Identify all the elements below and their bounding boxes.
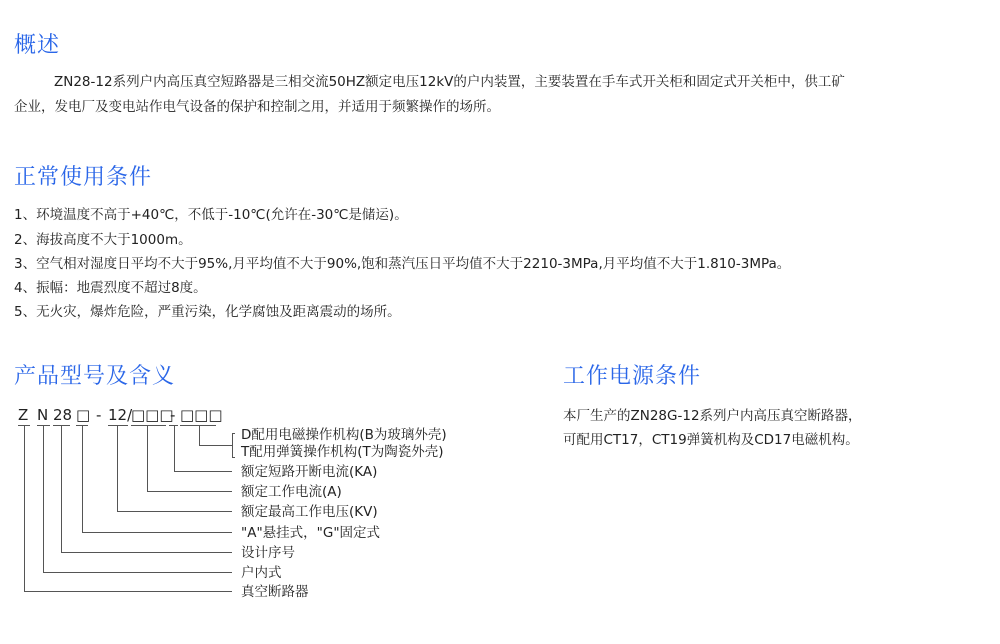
list-item: 4、振幅：地震烈度不超过8度。 [14,278,207,298]
list-item: 1、环境温度不高于+40℃，不低于-10℃(允许在-30℃是储运)。 [14,205,408,225]
label-indoor: 户内式 [241,564,282,582]
overview-paragraph-line1: ZN28-12系列户内高压真空短路器是三相交流50HZ额定电压12kV的户内装置… [54,70,845,94]
model-code-diagram: Z N 28 □ - 12/ □□□ - □□□ D配用电磁操作机构(B为玻璃外… [0,395,520,615]
label-mount-type: "A"悬挂式，"G"固定式 [241,524,380,542]
power-line2: 可配用CT17，CT19弹簧机构及CD17电磁机构。 [563,428,859,452]
list-item: 3、空气相对湿度日平均不大于95%,月平均值不大于90%,饱和蒸汽压日平均值不大… [14,254,790,274]
label-rated-voltage: 额定最高工作电压(KV) [241,503,378,521]
label-rated-current: 额定工作电流(A) [241,483,342,501]
label-design-number: 设计序号 [241,544,295,562]
power-line1: 本厂生产的ZN28G-12系列户内高压真空断路器， [563,404,862,428]
model-title: 产品型号及含义 [14,364,175,390]
overview-paragraph-line2: 企业，发电厂及变电站作电气设备的保护和控制之用，并适用于频繁操作的场所。 [14,95,500,119]
label-mechanism-t: T配用弹簧操作机构(T为陶瓷外壳) [241,443,444,461]
overview-title: 概述 [14,33,60,59]
conditions-title: 正常使用条件 [14,165,152,191]
label-vacuum-breaker: 真空断路器 [241,583,309,601]
label-mechanism-d: D配用电磁操作机构(B为玻璃外壳) [241,426,447,444]
power-title: 工作电源条件 [563,364,701,390]
label-short-circuit-current: 额定短路开断电流(KA) [241,463,377,481]
list-item: 5、无火灾，爆炸危险，严重污染，化学腐蚀及距离震动的场所。 [14,302,401,322]
list-item: 2、海拔高度不大于1000m。 [14,230,192,250]
